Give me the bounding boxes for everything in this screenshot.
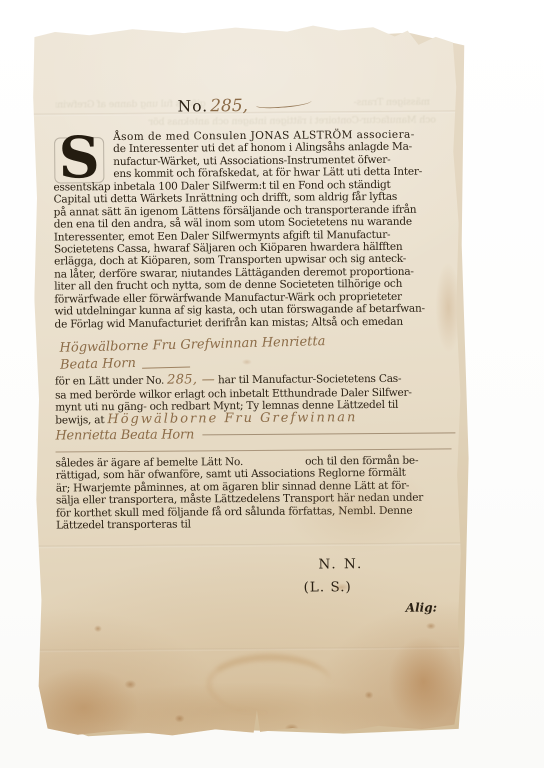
photo-background: gifwes ful ung danne af Grefwinnan mässi… (0, 0, 544, 768)
ink-flourish (256, 97, 312, 109)
paper-crease (33, 542, 463, 548)
number-label: No. (178, 97, 209, 115)
stain (388, 636, 459, 727)
ruled-line (56, 448, 452, 452)
document-page: gifwes ful ung danne af Grefwinnan mässi… (29, 22, 465, 743)
foxing-spot (426, 623, 436, 630)
printed-text: har til Manufactur-Societetens Cas- (218, 373, 401, 387)
printed-line: de Interessenter uti det af honom i Alin… (113, 141, 445, 156)
paper-crease (34, 646, 464, 652)
foxing-spot (94, 625, 102, 632)
stain (28, 667, 139, 748)
main-paragraph: Åsom de med Consulen JONAS ALSTRÖM assoc… (53, 128, 447, 330)
signature-placeholder: N. N. (318, 556, 363, 572)
printed-line: de Förlag wid Manufacturiet derifrån kan… (54, 315, 446, 331)
foxing-spot (175, 715, 185, 723)
ownership-paragraph: således är ägare af bemelte Lätt No.och … (56, 454, 457, 532)
handwritten-owner-name: Högwälborne Fru Grefwinnan Henrietta Bea… (59, 333, 326, 374)
printed-text: och til den förmån be- (305, 455, 418, 468)
payment-paragraph: för en Lätt under No. 285, — har til Man… (55, 372, 456, 448)
number-value-handwritten: 285, (210, 96, 248, 116)
handwritten-owner-name-2: Högwälborne Fru Grefwinnan (107, 413, 357, 427)
ink-flourish (142, 366, 190, 368)
certificate-number-heading: No.285, (30, 94, 460, 117)
printed-text: för en Lätt under No. (55, 375, 164, 388)
printed-text: bewijs, at (55, 414, 104, 427)
foxing-spot (242, 359, 252, 365)
foxing-spot (364, 691, 373, 699)
stain (206, 653, 331, 713)
catchword: Alig: (406, 601, 437, 615)
handwritten-owner-name-2: Henrietta Beata Horn (55, 430, 194, 444)
handwritten-number: 285, — (167, 374, 215, 387)
printed-line: ens kommit och förafskedat, at för hwar … (113, 166, 445, 181)
handwritten-line: Beata Horn (60, 355, 136, 374)
printed-line: Lättzedel transporteras til (56, 517, 456, 533)
printed-text: således är ägare af bemelte Lätt No. (56, 456, 244, 469)
ruled-line (202, 433, 455, 436)
foxing-spot (124, 680, 136, 689)
foxing-spot (334, 583, 350, 591)
